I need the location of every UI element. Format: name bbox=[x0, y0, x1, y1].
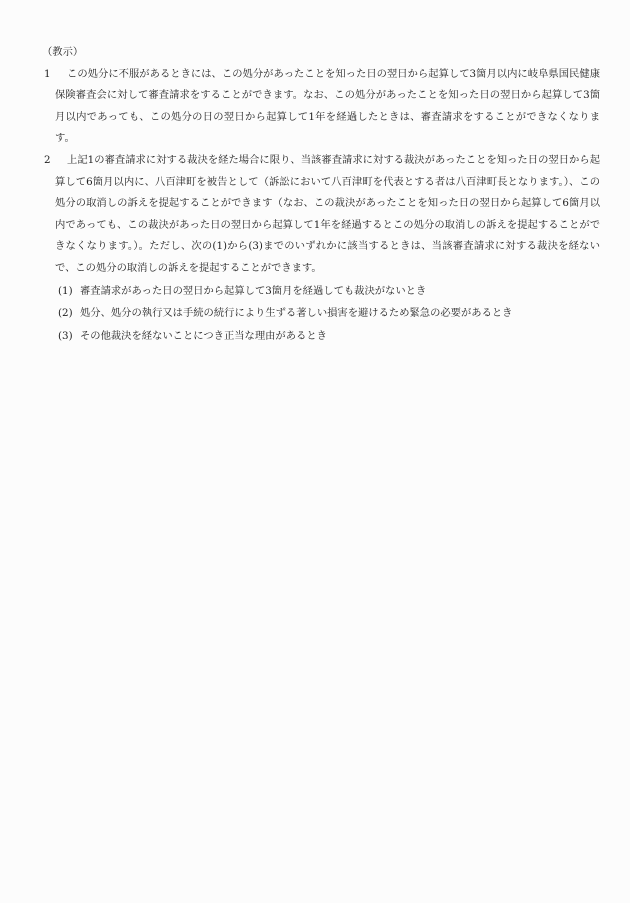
subitem-3-number: (3) bbox=[58, 326, 80, 348]
paragraph-2-text: 上記1の審査請求に対する裁決を経た場合に限り、当該審査請求に対する裁決があったこ… bbox=[55, 154, 600, 274]
paragraph-1-text: この処分に不服があるときには、この処分があったことを知った日の翌日から起算して3… bbox=[55, 68, 600, 145]
paragraph-1: 1この処分に不服があるときには、この処分があったことを知った日の翌日から起算して… bbox=[44, 64, 600, 150]
subitem-1: (1)審査請求があった日の翌日から起算して3箇月を経過しても裁決がないとき bbox=[58, 281, 600, 303]
subitem-2: (2)処分、処分の執行又は手続の続行により生ずる著しい損害を避けるため緊急の必要… bbox=[58, 303, 600, 325]
subitem-1-text: 審査請求があった日の翌日から起算して3箇月を経過しても裁決がないとき bbox=[80, 285, 426, 297]
subitem-3-text: その他裁決を経ないことにつき正当な理由があるとき bbox=[80, 330, 327, 342]
subitem-2-text: 処分、処分の執行又は手続の続行により生ずる著しい損害を避けるため緊急の必要がある… bbox=[80, 307, 512, 319]
subitem-1-number: (1) bbox=[58, 281, 80, 303]
paragraph-2-number: 2 bbox=[44, 150, 67, 172]
paragraph-2: 2上記1の審査請求に対する裁決を経た場合に限り、当該審査請求に対する裁決があった… bbox=[44, 150, 600, 280]
document-page: （教示） 1この処分に不服があるときには、この処分があったことを知った日の翌日か… bbox=[0, 0, 630, 903]
subitem-2-number: (2) bbox=[58, 303, 80, 325]
paragraph-1-number: 1 bbox=[44, 64, 67, 86]
notice-heading: （教示） bbox=[42, 42, 600, 64]
subitem-3: (3)その他裁決を経ないことにつき正当な理由があるとき bbox=[58, 326, 600, 348]
